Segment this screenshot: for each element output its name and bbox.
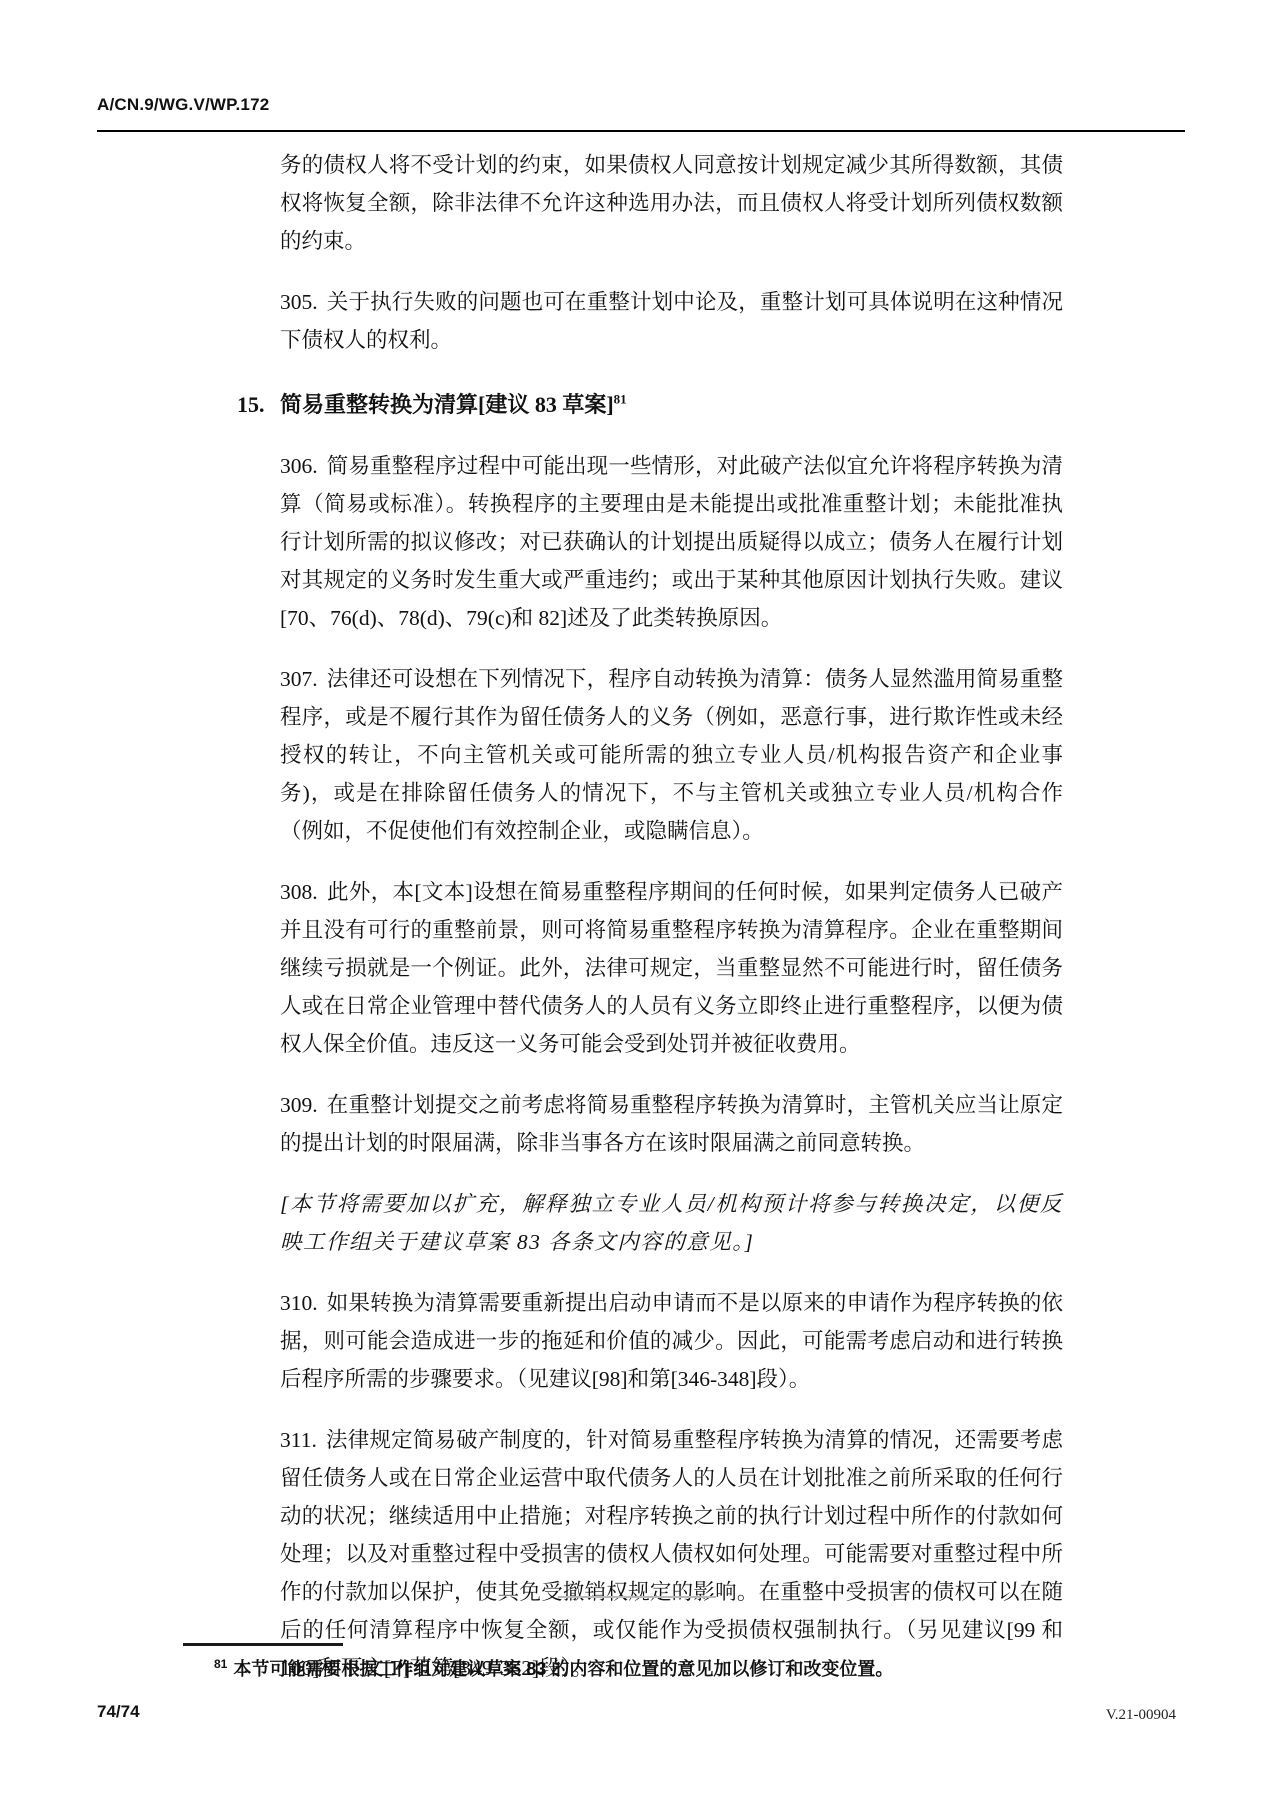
para-text: 法律还可设想在下列情况下，程序自动转换为清算：债务人显然滥用简易重整程序，或是不… — [280, 667, 1063, 843]
paragraph-305: 305.关于执行失败的问题也可在重整计划中论及，重整计划可具体说明在这种情况下债… — [280, 283, 1063, 359]
para-number: 306. — [280, 454, 318, 478]
para-number: 308. — [280, 880, 318, 904]
para-text: 在重整计划提交之前考虑将简易重整程序转换为清算时，主管机关应当让原定的提出计划的… — [280, 1093, 1063, 1155]
doc-symbol: A/CN.9/WG.V/WP.172 — [97, 95, 269, 115]
paragraph-309: 309.在重整计划提交之前考虑将简易重整程序转换为清算时，主管机关应当让原定的提… — [280, 1086, 1063, 1162]
paragraph-307: 307.法律还可设想在下列情况下，程序自动转换为清算：债务人显然滥用简易重整程序… — [280, 660, 1063, 850]
section-title: 简易重整转换为清算[建议 83 草案]81 — [280, 390, 627, 420]
section-heading: 15. 简易重整转换为清算[建议 83 草案]81 — [237, 390, 1063, 420]
paragraph-311: 311.法律规定简易破产制度的，针对简易重整程序转换为清算的情况，还需要考虑留任… — [280, 1421, 1063, 1687]
section-end-divider — [558, 1596, 716, 1598]
footnote: 81本节可能需要根据工作组对建议草案 83 的内容和位置的意见加以修订和改变位置… — [214, 1656, 974, 1682]
paragraph-continuation: 务的债权人将不受计划的约束，如果债权人同意按计划规定减少其所得数额，其债权将恢复… — [280, 146, 1063, 260]
paragraph-306: 306.简易重整程序过程中可能出现一些情形，对此破产法似宜允许将程序转换为清算（… — [280, 447, 1063, 637]
section-number: 15. — [237, 390, 280, 420]
document-body: 务的债权人将不受计划的约束，如果债权人同意按计划规定减少其所得数额，其债权将恢复… — [280, 146, 1063, 1710]
page-number: 74/74 — [97, 1702, 140, 1722]
document-id: V.21-00904 — [1106, 1707, 1176, 1724]
bracket-note: [本节将需要加以扩充，解释独立专业人员/机构预计将参与转换决定，以便反映工作组关… — [280, 1185, 1063, 1261]
footnote-marker: 81 — [214, 1657, 227, 1671]
para-number: 310. — [280, 1291, 318, 1315]
para-text: 此外，本[文本]设想在简易重整程序期间的任何时候，如果判定债务人已破产并且没有可… — [280, 880, 1063, 1056]
para-text: 如果转换为清算需要重新提出启动申请而不是以原来的申请作为程序转换的依据，则可能会… — [280, 1291, 1063, 1391]
footnote-reference: 81 — [614, 392, 627, 407]
para-text: 法律规定简易破产制度的，针对简易重整程序转换为清算的情况，还需要考虑留任债务人或… — [280, 1428, 1063, 1680]
para-number: 311. — [280, 1428, 317, 1452]
paragraph-310: 310.如果转换为清算需要重新提出启动申请而不是以原来的申请作为程序转换的依据，… — [280, 1284, 1063, 1398]
para-text: 简易重整程序过程中可能出现一些情形，对此破产法似宜允许将程序转换为清算（简易或标… — [280, 454, 1063, 630]
header-rule — [97, 130, 1185, 132]
para-text: 关于执行失败的问题也可在重整计划中论及，重整计划可具体说明在这种情况下债权人的权… — [280, 290, 1063, 352]
document-page: A/CN.9/WG.V/WP.172 务的债权人将不受计划的约束，如果债权人同意… — [0, 0, 1280, 1809]
footnote-text: 本节可能需要根据工作组对建议草案 83 的内容和位置的意见加以修订和改变位置。 — [233, 1659, 893, 1679]
footnote-separator — [183, 1643, 343, 1646]
para-number: 305. — [280, 290, 318, 314]
para-number: 309. — [280, 1093, 318, 1117]
paragraph-308: 308.此外，本[文本]设想在简易重整程序期间的任何时候，如果判定债务人已破产并… — [280, 873, 1063, 1063]
para-number: 307. — [280, 667, 318, 691]
para-text: 务的债权人将不受计划的约束，如果债权人同意按计划规定减少其所得数额，其债权将恢复… — [280, 153, 1063, 253]
